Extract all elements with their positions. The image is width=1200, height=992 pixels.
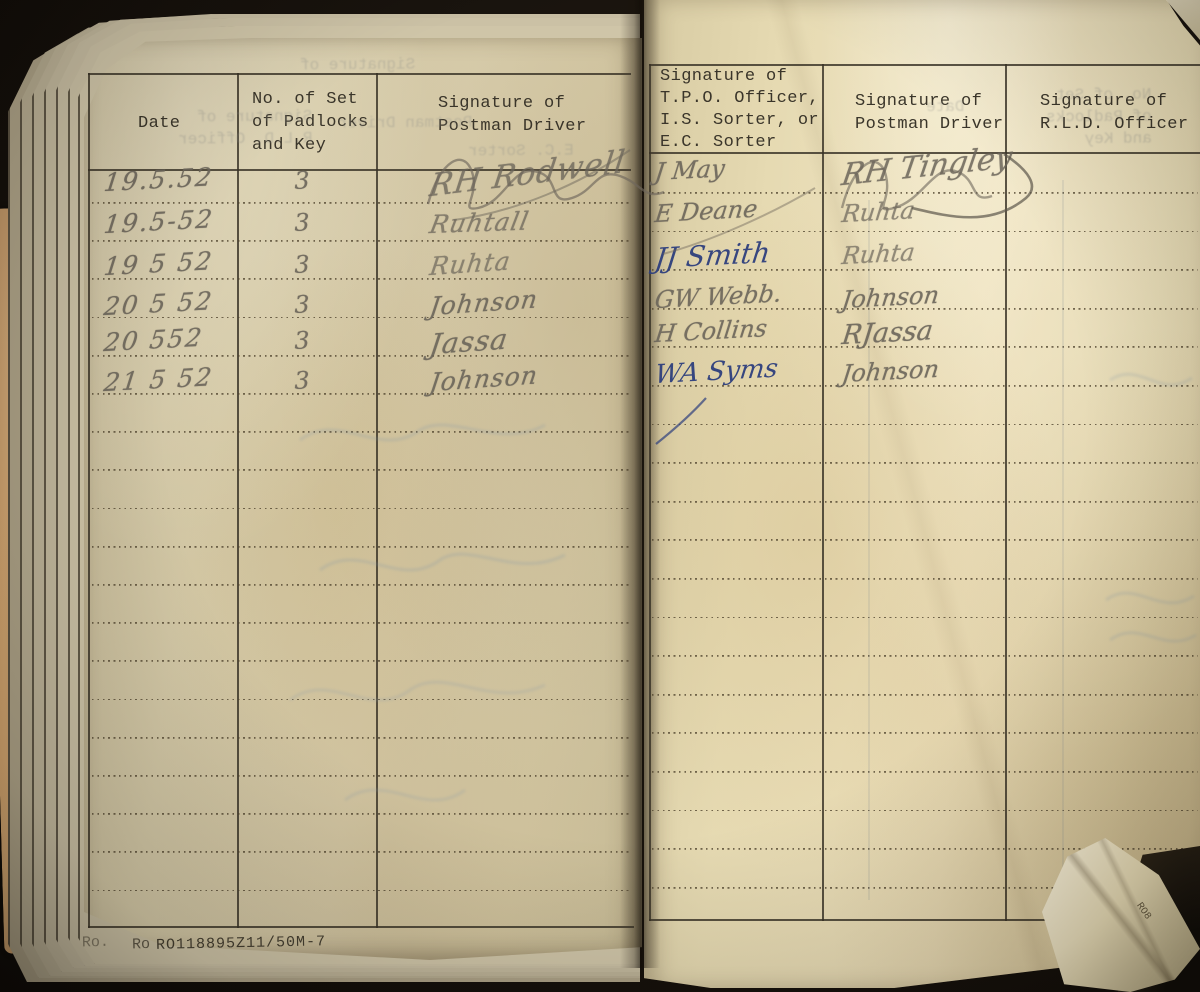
dotted-rule-line xyxy=(92,584,630,586)
header-line: Signature of xyxy=(660,66,819,88)
register-row: E Deane Ruhta xyxy=(0,200,1200,242)
register-row: JJ Smith Ruhta xyxy=(0,242,1200,284)
dotted-rule-line xyxy=(92,469,630,471)
print-code: RO118895Z11/50M-7 xyxy=(156,933,326,954)
entry-driver-signature: RH Tingley xyxy=(839,140,1014,194)
dotted-rule-line xyxy=(92,622,630,624)
entry-tpo-signature: GW Webb. xyxy=(653,279,783,314)
dotted-rule-line xyxy=(652,810,1198,812)
dotted-rule-line xyxy=(92,890,630,892)
entry-driver-signature: Johnson xyxy=(840,355,941,388)
entry-driver-signature: Ruhta xyxy=(840,238,916,270)
dotted-rule-line xyxy=(92,737,630,739)
dotted-rule-line xyxy=(92,699,630,701)
dotted-rule-line xyxy=(652,732,1198,734)
dotted-rule-line xyxy=(652,578,1198,580)
print-code-echo: Ro. xyxy=(82,934,109,952)
dotted-rule-line xyxy=(652,539,1198,541)
entry-driver-signature: RJassa xyxy=(840,315,935,351)
dotted-rule-line xyxy=(92,660,630,662)
header-line: E.C. Sorter xyxy=(660,132,819,154)
folded-corner-text: RO8 xyxy=(1133,901,1152,922)
dotted-rule-line xyxy=(92,775,630,777)
bleedthrough-text: Signature of R.L.D. Officer xyxy=(178,105,313,150)
bleedthrough-scribble xyxy=(260,400,590,840)
header-line: Date xyxy=(138,112,180,135)
dotted-rule-line xyxy=(652,694,1198,696)
bleedthrough-text: No. of Set of Padlocks and Key xyxy=(1046,84,1152,151)
register-row: WA Syms Johnson xyxy=(0,360,1200,402)
column-header-tpo-officer: Signature of T.P.O. Officer, I.S. Sorter… xyxy=(660,66,819,154)
register-row: J May RH Tingley xyxy=(0,158,1200,200)
entry-tpo-signature: WA Syms xyxy=(653,353,780,390)
dotted-rule-line xyxy=(652,771,1198,773)
dotted-rule-line xyxy=(92,546,630,548)
entry-driver-signature: Ruhta xyxy=(840,196,916,228)
print-reference-code: Ro. Ro RO118895Z11/50M-7 xyxy=(82,926,502,959)
dotted-rule-line xyxy=(652,462,1198,464)
dotted-rule-line xyxy=(652,655,1198,657)
bleedthrough-text: Signature of xyxy=(300,53,415,76)
dotted-rule-line xyxy=(92,813,630,815)
bleedthrough-text: Date xyxy=(926,96,965,118)
header-line: T.P.O. Officer, xyxy=(660,88,819,110)
dotted-rule-line xyxy=(652,501,1198,503)
bleedthrough-text: Postman Driver xyxy=(338,111,473,134)
header-line: I.S. Sorter, or xyxy=(660,110,819,132)
entry-tpo-signature: JJ Smith xyxy=(653,236,772,275)
entry-tpo-signature: E Deane xyxy=(653,195,759,229)
dotted-rule-line xyxy=(652,617,1198,619)
register-row: H Collins RJassa xyxy=(0,320,1200,362)
printed-and-written-content: Date No. of Set of Padlocks and Key Sign… xyxy=(0,0,1200,992)
print-code-echo: Ro xyxy=(132,936,150,953)
logbook-photo: Date No. of Set of Padlocks and Key Sign… xyxy=(0,0,1200,992)
dotted-rule-line xyxy=(92,508,630,510)
column-header-date: Date xyxy=(138,112,180,135)
entry-driver-signature: Johnson xyxy=(840,281,941,314)
dotted-rule-line xyxy=(92,431,630,433)
dotted-rule-line xyxy=(92,851,630,853)
dotted-rule-line xyxy=(652,424,1198,426)
entry-tpo-signature: J May xyxy=(653,154,726,186)
entry-tpo-signature: H Collins xyxy=(653,314,768,348)
